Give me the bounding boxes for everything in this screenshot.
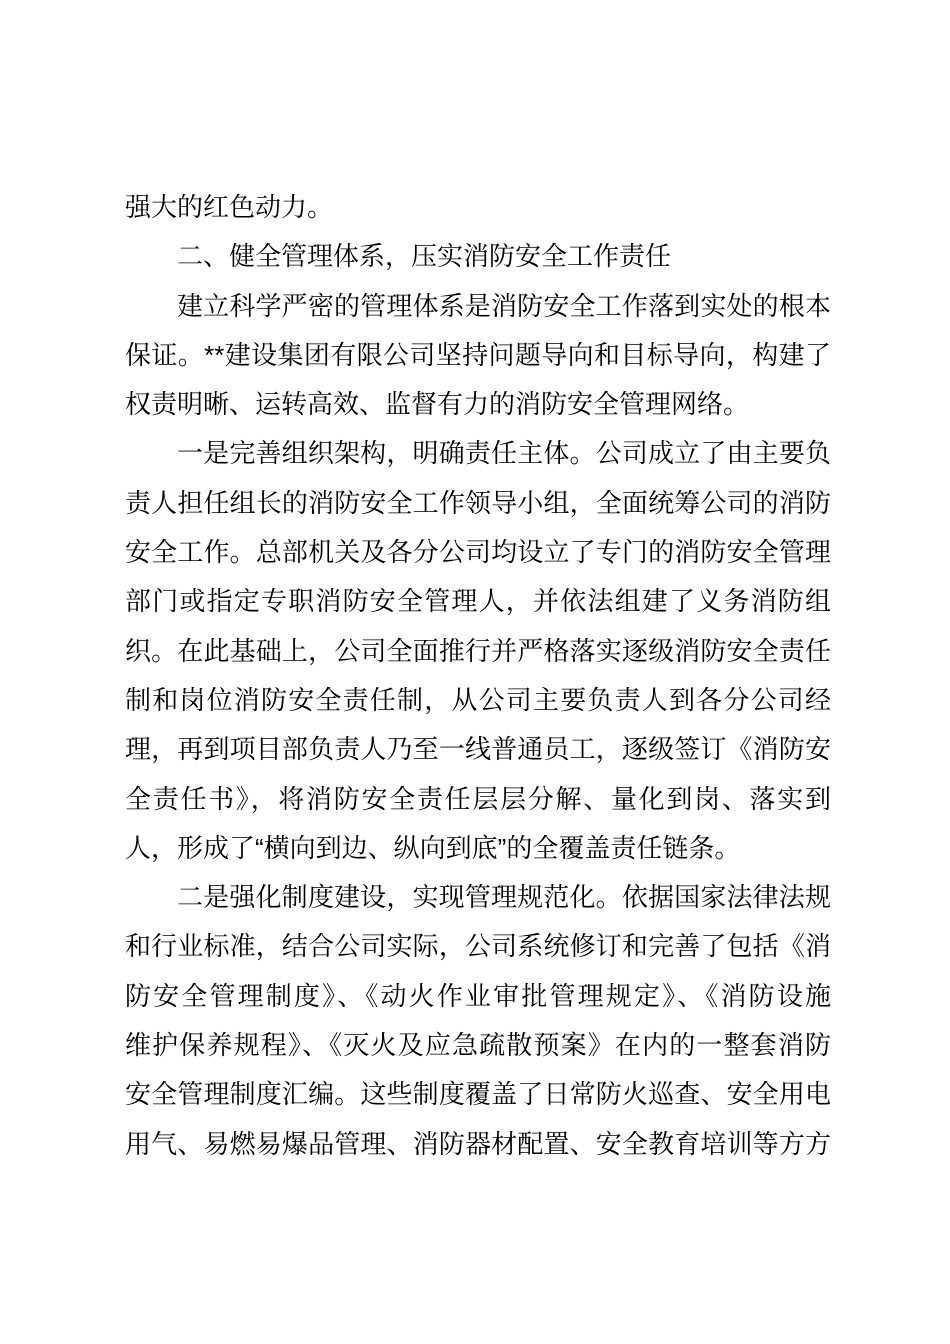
text-line: 安全管理制度汇编。这些制度覆盖了日常防火巡查、安全用电	[125, 1070, 831, 1119]
text-line: 部门或指定专职消防安全管理人，并依法组建了义务消防组	[125, 577, 831, 626]
text-line: 和行业标准，结合公司实际，公司系统修订和完善了包括《消	[125, 922, 831, 971]
document-page: 强大的红色动力。 二、健全管理体系，压实消防安全工作责任 建立科学严密的管理体系…	[0, 0, 950, 1344]
text-line: 保证。**建设集团有限公司坚持问题导向和目标导向，构建了	[125, 331, 831, 380]
text-line: 责人担任组长的消防安全工作领导小组，全面统筹公司的消防	[125, 479, 831, 528]
text-line: 一是完善组织架构，明确责任主体。公司成立了由主要负	[125, 429, 831, 478]
text-line: 防安全管理制度》、《动火作业审批管理规定》、《消防设施	[125, 972, 831, 1021]
text-line: 维护保养规程》、《灭火及应急疏散预案》在内的一整套消防	[125, 1021, 831, 1070]
text-line: 安全工作。总部机关及各分公司均设立了专门的消防安全管理	[125, 528, 831, 577]
text-line: 用气、易燃易爆品管理、消防器材配置、安全教育培训等方方	[125, 1120, 831, 1169]
text-line: 全责任书》，将消防安全责任层层分解、量化到岗、落实到	[125, 775, 831, 824]
document-body: 强大的红色动力。 二、健全管理体系，压实消防安全工作责任 建立科学严密的管理体系…	[125, 183, 831, 1169]
text-line: 织。在此基础上，公司全面推行并严格落实逐级消防安全责任	[125, 627, 831, 676]
text-line: 理，再到项目部负责人乃至一线普通员工，逐级签订《消防安	[125, 725, 831, 774]
text-line: 制和岗位消防安全责任制，从公司主要负责人到各分公司经	[125, 676, 831, 725]
section-heading: 二、健全管理体系，压实消防安全工作责任	[125, 232, 831, 281]
text-line: 权责明晰、运转高效、监督有力的消防安全管理网络。	[125, 380, 831, 429]
text-line: 强大的红色动力。	[125, 183, 831, 232]
text-line: 人，形成了“横向到边、纵向到底”的全覆盖责任链条。	[125, 824, 831, 873]
text-line: 建立科学严密的管理体系是消防安全工作落到实处的根本	[125, 282, 831, 331]
text-line: 二是强化制度建设，实现管理规范化。依据国家法律法规	[125, 873, 831, 922]
